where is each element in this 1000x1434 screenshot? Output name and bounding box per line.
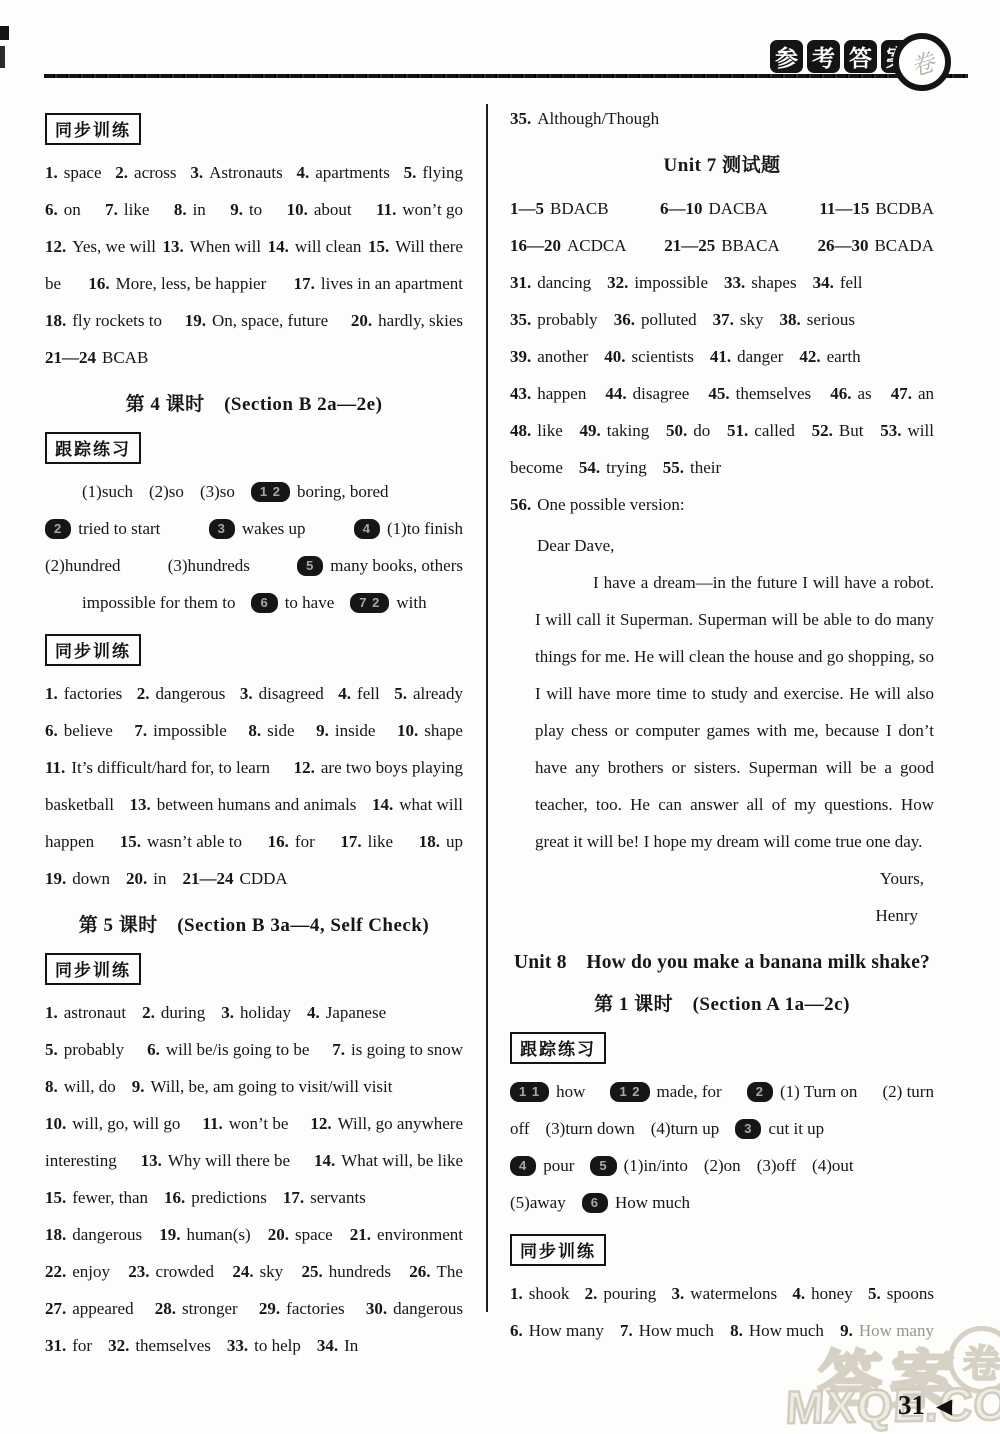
answer-number: 26—30 <box>817 236 868 255</box>
answer-text: inside <box>335 721 376 740</box>
answer-item: (5)away <box>510 1184 566 1221</box>
answer-text: sky <box>260 1262 284 1281</box>
answer-number: 39. <box>510 347 531 366</box>
answer-line: 4pour5(1)in/into(2)on(3)off(4)out <box>510 1147 934 1184</box>
answer-item: 3.disagreed <box>240 675 324 712</box>
answer-text: will, do <box>64 1077 116 1096</box>
answer-line: 48.like49.taking50.do51.called52.But53.w… <box>510 412 934 449</box>
answer-text: are two boys playing <box>321 758 463 777</box>
answer-item: become <box>510 449 563 486</box>
answer-text: BCDBA <box>875 199 934 218</box>
answer-text: watermelons <box>690 1284 777 1303</box>
answer-number: 50. <box>666 421 687 440</box>
answer-item: 42.earth <box>799 338 860 375</box>
answer-badge: 4 <box>510 1156 536 1176</box>
answer-number: 17. <box>283 1188 304 1207</box>
lesson-heading: 第 5 课时 (Section B 3a—4, Self Check) <box>45 912 463 940</box>
answer-text: predictions <box>191 1188 267 1207</box>
answer-text: become <box>510 458 563 477</box>
answer-number: 3. <box>240 684 253 703</box>
section-label-row: 同步训练 <box>45 953 463 985</box>
answer-text: Will there <box>395 237 463 256</box>
answer-item: (2) turn <box>883 1073 934 1110</box>
answer-text: crowded <box>156 1262 215 1281</box>
answer-line: become54.trying55.their <box>510 449 934 486</box>
answer-number: 18. <box>45 1225 66 1244</box>
answer-item: 18.dangerous <box>45 1216 142 1253</box>
answer-item: 2tried to start <box>45 510 160 547</box>
answer-number: 15. <box>120 832 141 851</box>
answer-text: happen <box>45 832 94 851</box>
answer-item: 19.human(s) <box>159 1216 250 1253</box>
answer-item: 2.dangerous <box>137 675 226 712</box>
answer-text: spoons <box>887 1284 934 1303</box>
answer-item: 21.environment <box>350 1216 463 1253</box>
answer-line: (1)such(2)so(3)so1 2boring, bored <box>45 473 463 510</box>
answer-text: will, go, will go <box>72 1114 180 1133</box>
answer-lines: 1.factories2.dangerous3.disagreed4.fell5… <box>45 675 463 897</box>
answer-lines: (1)such(2)so(3)so1 2boring, bored2tried … <box>45 473 463 621</box>
answer-item: (3)so <box>200 473 235 510</box>
answer-number: 10. <box>397 721 418 740</box>
answer-item: 10.about <box>287 191 352 228</box>
answer-item: (2)so <box>149 473 184 510</box>
answer-item: 20.space <box>268 1216 333 1253</box>
answer-item: 4.Japanese <box>307 994 386 1031</box>
answer-number: 9. <box>316 721 329 740</box>
column-divider <box>486 104 488 1312</box>
answer-item: 7 2with <box>350 584 426 621</box>
answer-text: disagree <box>633 384 690 403</box>
answer-text: apartments <box>315 163 390 182</box>
answer-text: basketball <box>45 795 114 814</box>
answer-item: 3.holiday <box>221 994 291 1031</box>
answer-badge: 1 1 <box>510 1082 549 1102</box>
answer-text: Yes, we will <box>72 237 156 256</box>
scanned-answer-page: { "page": {"number": "31"}, "header": { … <box>0 0 1000 1434</box>
answer-line: happen15.wasn’t able to16.for17.like18.u… <box>45 823 463 860</box>
answer-text: Japanese <box>326 1003 386 1022</box>
answer-line: 19.down20.in21—24CDDA <box>45 860 463 897</box>
answer-text: hundreds <box>329 1262 391 1281</box>
answer-line: 18.dangerous19.human(s)20.space21.enviro… <box>45 1216 463 1253</box>
answer-text: to <box>249 200 262 219</box>
answer-item: 21—24CDDA <box>183 860 288 897</box>
answer-text: BDACB <box>550 199 609 218</box>
answer-number: 12. <box>294 758 315 777</box>
answer-number: 4. <box>297 163 310 182</box>
answer-text: wasn’t able to <box>147 832 242 851</box>
scan-smudge <box>0 26 9 40</box>
answer-line: 27.appeared28.stronger29.factories30.dan… <box>45 1290 463 1327</box>
answer-badge: 2 <box>45 519 71 539</box>
answer-number: 21—24 <box>45 348 96 367</box>
answer-item: 51.called <box>727 412 795 449</box>
answer-item: interesting <box>45 1142 117 1179</box>
answer-number: 43. <box>510 384 531 403</box>
answer-number: 20. <box>268 1225 289 1244</box>
answer-text: taking <box>607 421 650 440</box>
answer-line: off(3)turn down(4)turn up3cut it up <box>510 1110 934 1147</box>
answer-text: shook <box>529 1284 570 1303</box>
answer-number: 20. <box>126 869 147 888</box>
lesson-heading: 第 4 课时 (Section B 2a—2e) <box>45 391 463 419</box>
answer-item: 31.for <box>45 1327 92 1364</box>
answer-item: 18.fly rockets to <box>45 302 162 339</box>
answer-badge: 1 2 <box>610 1082 649 1102</box>
answer-item: 55.their <box>663 449 721 486</box>
answer-item: 19.down <box>45 860 110 897</box>
scan-smudge <box>0 46 5 68</box>
answer-item: 2.across <box>115 154 176 191</box>
answer-number: 47. <box>891 384 912 403</box>
answer-number: 9. <box>132 1077 145 1096</box>
answer-number: 4. <box>338 684 351 703</box>
answer-item: 7.impossible <box>134 712 226 749</box>
answer-text: another <box>537 347 588 366</box>
section-label: 同步训练 <box>45 953 141 985</box>
answer-item: 23.crowded <box>128 1253 214 1290</box>
answer-item: 31.dancing <box>510 264 591 301</box>
answer-number: 1. <box>45 684 58 703</box>
left-column: 同步训练1.space2.across3.Astronauts4.apartme… <box>45 100 463 1368</box>
answer-item: 11.won’t be <box>202 1105 288 1142</box>
answer-number: 25. <box>301 1262 322 1281</box>
answer-text: enjoy <box>72 1262 110 1281</box>
answer-item: 28.stronger <box>155 1290 238 1327</box>
answer-number: 4. <box>307 1003 320 1022</box>
answer-number: 22. <box>45 1262 66 1281</box>
answer-text: will be/is going to be <box>166 1040 310 1059</box>
answer-item: 17.lives in an apartment <box>294 265 463 302</box>
answer-lines: 1.shook2.pouring3.watermelons4.honey5.sp… <box>510 1275 934 1349</box>
answer-item: 33.shapes <box>724 264 797 301</box>
answer-text: (3)so <box>200 482 235 501</box>
answer-item: 7.like <box>105 191 149 228</box>
answer-number: 15. <box>368 237 389 256</box>
answer-line: impossible for them to6to have7 2with <box>45 584 463 621</box>
answer-text: many books, others <box>330 556 463 575</box>
answer-text: factories <box>64 684 123 703</box>
answer-text: as <box>857 384 871 403</box>
lesson-heading: Unit 7 测试题 <box>510 152 934 180</box>
answer-item: (4)out <box>812 1147 854 1184</box>
answer-number: 45. <box>708 384 729 403</box>
answer-text: do <box>693 421 710 440</box>
answer-text: space <box>64 163 102 182</box>
answer-item: 1.shook <box>510 1275 569 1312</box>
answer-text: Astronauts <box>209 163 283 182</box>
answer-text: tried to start <box>78 519 160 538</box>
answer-text: believe <box>64 721 113 740</box>
answer-item: 9.inside <box>316 712 375 749</box>
answer-number: 33. <box>227 1336 248 1355</box>
answer-text: will clean <box>295 237 362 256</box>
section-label: 同步训练 <box>510 1234 606 1266</box>
answer-number: 31. <box>510 273 531 292</box>
answer-item: (3)turn down <box>546 1110 635 1147</box>
answer-text: Will, be, am going to visit/will visit <box>150 1077 392 1096</box>
answer-number: 5. <box>868 1284 881 1303</box>
answer-line: 11.It’s difficult/hard for, to learn12.a… <box>45 749 463 786</box>
answer-number: 38. <box>780 310 801 329</box>
answer-text: (1)in/into <box>624 1156 688 1175</box>
answer-text: hardly, skies <box>378 311 463 330</box>
answer-text: for <box>295 832 315 851</box>
answer-number: 7. <box>134 721 147 740</box>
answer-number: 19. <box>45 869 66 888</box>
answer-item: 1.factories <box>45 675 122 712</box>
answer-badge: 3 <box>209 519 235 539</box>
answer-text: earth <box>827 347 861 366</box>
answer-text: (2)hundred <box>45 556 121 575</box>
answer-item: 6to have <box>251 584 334 621</box>
answer-item: 11.It’s difficult/hard for, to learn <box>45 749 270 786</box>
answer-item: 22.enjoy <box>45 1253 110 1290</box>
answer-line: 22.enjoy23.crowded24.sky25.hundreds26.Th… <box>45 1253 463 1290</box>
answer-text: disagreed <box>259 684 324 703</box>
answer-text: side <box>267 721 294 740</box>
answer-badge: 5 <box>590 1156 616 1176</box>
answer-text: Why will there be <box>168 1151 290 1170</box>
answer-text: What will, be like <box>341 1151 463 1170</box>
answer-text: in <box>193 200 206 219</box>
answer-number: 1—5 <box>510 199 544 218</box>
answer-item: 26—30BCADA <box>817 227 934 264</box>
answer-number: 30. <box>366 1299 387 1318</box>
answer-item: 15.fewer, than <box>45 1179 148 1216</box>
answer-number: 14. <box>314 1151 335 1170</box>
answer-item: 26.The <box>409 1253 463 1290</box>
answer-number: 6. <box>147 1040 160 1059</box>
answer-text: (2) turn <box>883 1082 934 1101</box>
answer-number: 21. <box>350 1225 371 1244</box>
page-corner-arrow-icon: ◀ <box>936 1394 952 1419</box>
answer-number: 8. <box>174 200 187 219</box>
answer-item: 1 1how <box>510 1073 585 1110</box>
answer-text: On, space, future <box>212 311 328 330</box>
answer-item: 52.But <box>812 412 864 449</box>
answer-text: on <box>64 200 81 219</box>
answer-badge: 7 2 <box>350 593 389 613</box>
answer-text: flying <box>422 163 463 182</box>
answer-number: 12. <box>310 1114 331 1133</box>
answer-text: (3)hundreds <box>168 556 250 575</box>
answer-item: 5.flying <box>404 154 463 191</box>
answer-text: How many <box>859 1321 934 1340</box>
answer-text: is going to snow <box>351 1040 463 1059</box>
answer-item: 36.polluted <box>614 301 697 338</box>
answer-item: 19.On, space, future <box>185 302 328 339</box>
seal-mark: 卷 <box>905 42 939 83</box>
answer-item: 13.Why will there be <box>141 1142 291 1179</box>
answer-item: 9.Will, be, am going to visit/will visit <box>132 1068 393 1105</box>
section-label: 跟踪练习 <box>45 432 141 464</box>
answer-text: like <box>537 421 563 440</box>
answer-text: during <box>161 1003 205 1022</box>
answer-line: 2tried to start3wakes up4(1)to finish <box>45 510 463 547</box>
answer-number: 29. <box>259 1299 280 1318</box>
answer-item: 3cut it up <box>735 1110 824 1147</box>
answer-text: space <box>295 1225 333 1244</box>
answer-number: 4. <box>792 1284 805 1303</box>
answer-text: interesting <box>45 1151 117 1170</box>
answer-item: 15.Will there <box>368 228 463 265</box>
answer-text: (4)out <box>812 1156 854 1175</box>
answer-item: 40.scientists <box>604 338 694 375</box>
answer-text: (2)on <box>704 1156 741 1175</box>
answer-line: 1.shook2.pouring3.watermelons4.honey5.sp… <box>510 1275 934 1312</box>
answer-text: trying <box>606 458 647 477</box>
answer-text: danger <box>737 347 783 366</box>
answer-text: DACBA <box>708 199 768 218</box>
answer-text: More, less, be happier <box>116 274 267 293</box>
answer-text: what will <box>399 795 463 814</box>
answer-text: will <box>907 421 933 440</box>
answer-text: across <box>134 163 176 182</box>
answer-text: how <box>556 1082 585 1101</box>
answer-item: 10.shape <box>397 712 463 749</box>
answer-text: (5)away <box>510 1193 566 1212</box>
answer-number: 2. <box>115 163 128 182</box>
answer-number: 16. <box>88 274 109 293</box>
answer-number: 14. <box>372 795 393 814</box>
answer-number: 36. <box>614 310 635 329</box>
answer-text: to have <box>285 593 335 612</box>
answer-text: won’t go <box>402 200 463 219</box>
answer-item: 5.probably <box>45 1031 124 1068</box>
answer-item: 41.danger <box>710 338 784 375</box>
answer-line: 6.How many7.How much8.How much9.How many <box>510 1312 934 1349</box>
answer-badge: 6 <box>251 593 277 613</box>
answer-item: 16—20ACDCA <box>510 227 627 264</box>
answer-line: 21—24BCAB <box>45 339 463 376</box>
answer-number: 11. <box>45 758 65 777</box>
answer-number: 6. <box>45 721 58 740</box>
answer-number: 7. <box>620 1321 633 1340</box>
answer-text: probably <box>537 310 597 329</box>
watermark-site-text: MXQE.COM <box>784 1376 1000 1434</box>
answer-text: ACDCA <box>567 236 627 255</box>
answer-number: 5. <box>394 684 407 703</box>
answer-item: 6.believe <box>45 712 113 749</box>
answer-item: 14.What will, be like <box>314 1142 463 1179</box>
answer-text: made, for <box>657 1082 722 1101</box>
right-column: 35.Although/ThoughUnit 7 测试题1—5BDACB6—10… <box>510 100 934 1353</box>
answer-text: down <box>72 869 110 888</box>
answer-text: themselves <box>736 384 812 403</box>
answer-text: CDDA <box>240 869 288 888</box>
answer-item: off <box>510 1110 530 1147</box>
answer-item: 21—24BCAB <box>45 339 148 376</box>
answer-item: 29.factories <box>259 1290 345 1327</box>
answer-item: (3)off <box>757 1147 796 1184</box>
answer-text: One possible version: <box>537 495 684 514</box>
answer-number: 6—10 <box>660 199 703 218</box>
answer-number: 54. <box>579 458 600 477</box>
answer-text: off <box>510 1119 530 1138</box>
answer-number: 23. <box>128 1262 149 1281</box>
answer-item: 50.do <box>666 412 710 449</box>
answer-text: for <box>72 1336 92 1355</box>
answer-number: 41. <box>710 347 731 366</box>
answer-text: Although/Though <box>537 109 659 128</box>
answer-line: 39.another40.scientists41.danger42.earth <box>510 338 934 375</box>
answer-line: 15.fewer, than16.predictions17.servants <box>45 1179 463 1216</box>
answer-number: 8. <box>248 721 261 740</box>
answer-text: shapes <box>751 273 796 292</box>
answer-number: 2. <box>585 1284 598 1303</box>
answer-item: 6How much <box>582 1184 690 1221</box>
section-label: 同步训练 <box>45 634 141 666</box>
section-label: 跟踪练习 <box>510 1032 606 1064</box>
answer-text: lives in an apartment <box>321 274 463 293</box>
answer-number: 27. <box>45 1299 66 1318</box>
publisher-seal-icon: 卷 <box>893 33 951 91</box>
section-label-row: 跟踪练习 <box>45 432 463 464</box>
answer-item: 37.sky <box>713 301 764 338</box>
answer-item: 49.taking <box>580 412 650 449</box>
answer-text: about <box>314 200 352 219</box>
answer-number: 21—24 <box>183 869 234 888</box>
answer-text: cut it up <box>768 1119 824 1138</box>
answer-item: 39.another <box>510 338 588 375</box>
answer-line: 1.factories2.dangerous3.disagreed4.fell5… <box>45 675 463 712</box>
answer-text: polluted <box>641 310 697 329</box>
answer-item: 4.apartments <box>297 154 390 191</box>
answer-item: 9.to <box>230 191 262 228</box>
answer-text: How much <box>749 1321 824 1340</box>
answer-number: 46. <box>830 384 851 403</box>
answer-text: like <box>124 200 150 219</box>
answer-item: 7.is going to snow <box>332 1031 463 1068</box>
answer-item: 34.In <box>317 1327 358 1364</box>
answer-number: 5. <box>45 1040 58 1059</box>
letter-salutation: Dear Dave, <box>510 527 934 564</box>
answer-line: 6.believe7.impossible8.side9.inside10.sh… <box>45 712 463 749</box>
answer-number: 6. <box>510 1321 523 1340</box>
answer-item: 5.already <box>394 675 463 712</box>
answer-text: serious <box>807 310 855 329</box>
answer-line: 12.Yes, we will13.When will14.will clean… <box>45 228 463 265</box>
answer-number: 17. <box>294 274 315 293</box>
answer-number: 31. <box>45 1336 66 1355</box>
answer-text: like <box>368 832 394 851</box>
answer-number: 3. <box>672 1284 685 1303</box>
answer-item: 3.Astronauts <box>190 154 282 191</box>
answer-number: 56. <box>510 495 531 514</box>
answer-item: 11—15BCDBA <box>819 190 934 227</box>
lesson-heading: 第 1 课时 (Section A 1a—2c) <box>510 991 934 1019</box>
answer-text: The <box>437 1262 463 1281</box>
answer-text: It’s difficult/hard for, to learn <box>71 758 270 777</box>
answer-item: 12.Will, go anywhere <box>310 1105 463 1142</box>
answer-line: 56.One possible version: <box>510 486 934 523</box>
answer-item: 6.on <box>45 191 81 228</box>
answer-item: 10.will, go, will go <box>45 1105 180 1142</box>
answer-item: 17.like <box>340 823 393 860</box>
answer-number: 1. <box>510 1284 523 1303</box>
answer-item: 20.hardly, skies <box>351 302 463 339</box>
answer-number: 9. <box>840 1321 853 1340</box>
answer-number: 32. <box>108 1336 129 1355</box>
answer-item: 30.dangerous <box>366 1290 463 1327</box>
page-number: 31 <box>898 1390 925 1421</box>
answer-item: 16.predictions <box>164 1179 267 1216</box>
answer-item: 1—5BDACB <box>510 190 609 227</box>
answer-item: 34.fell <box>813 264 863 301</box>
answer-text: (1) Turn on <box>780 1082 857 1101</box>
